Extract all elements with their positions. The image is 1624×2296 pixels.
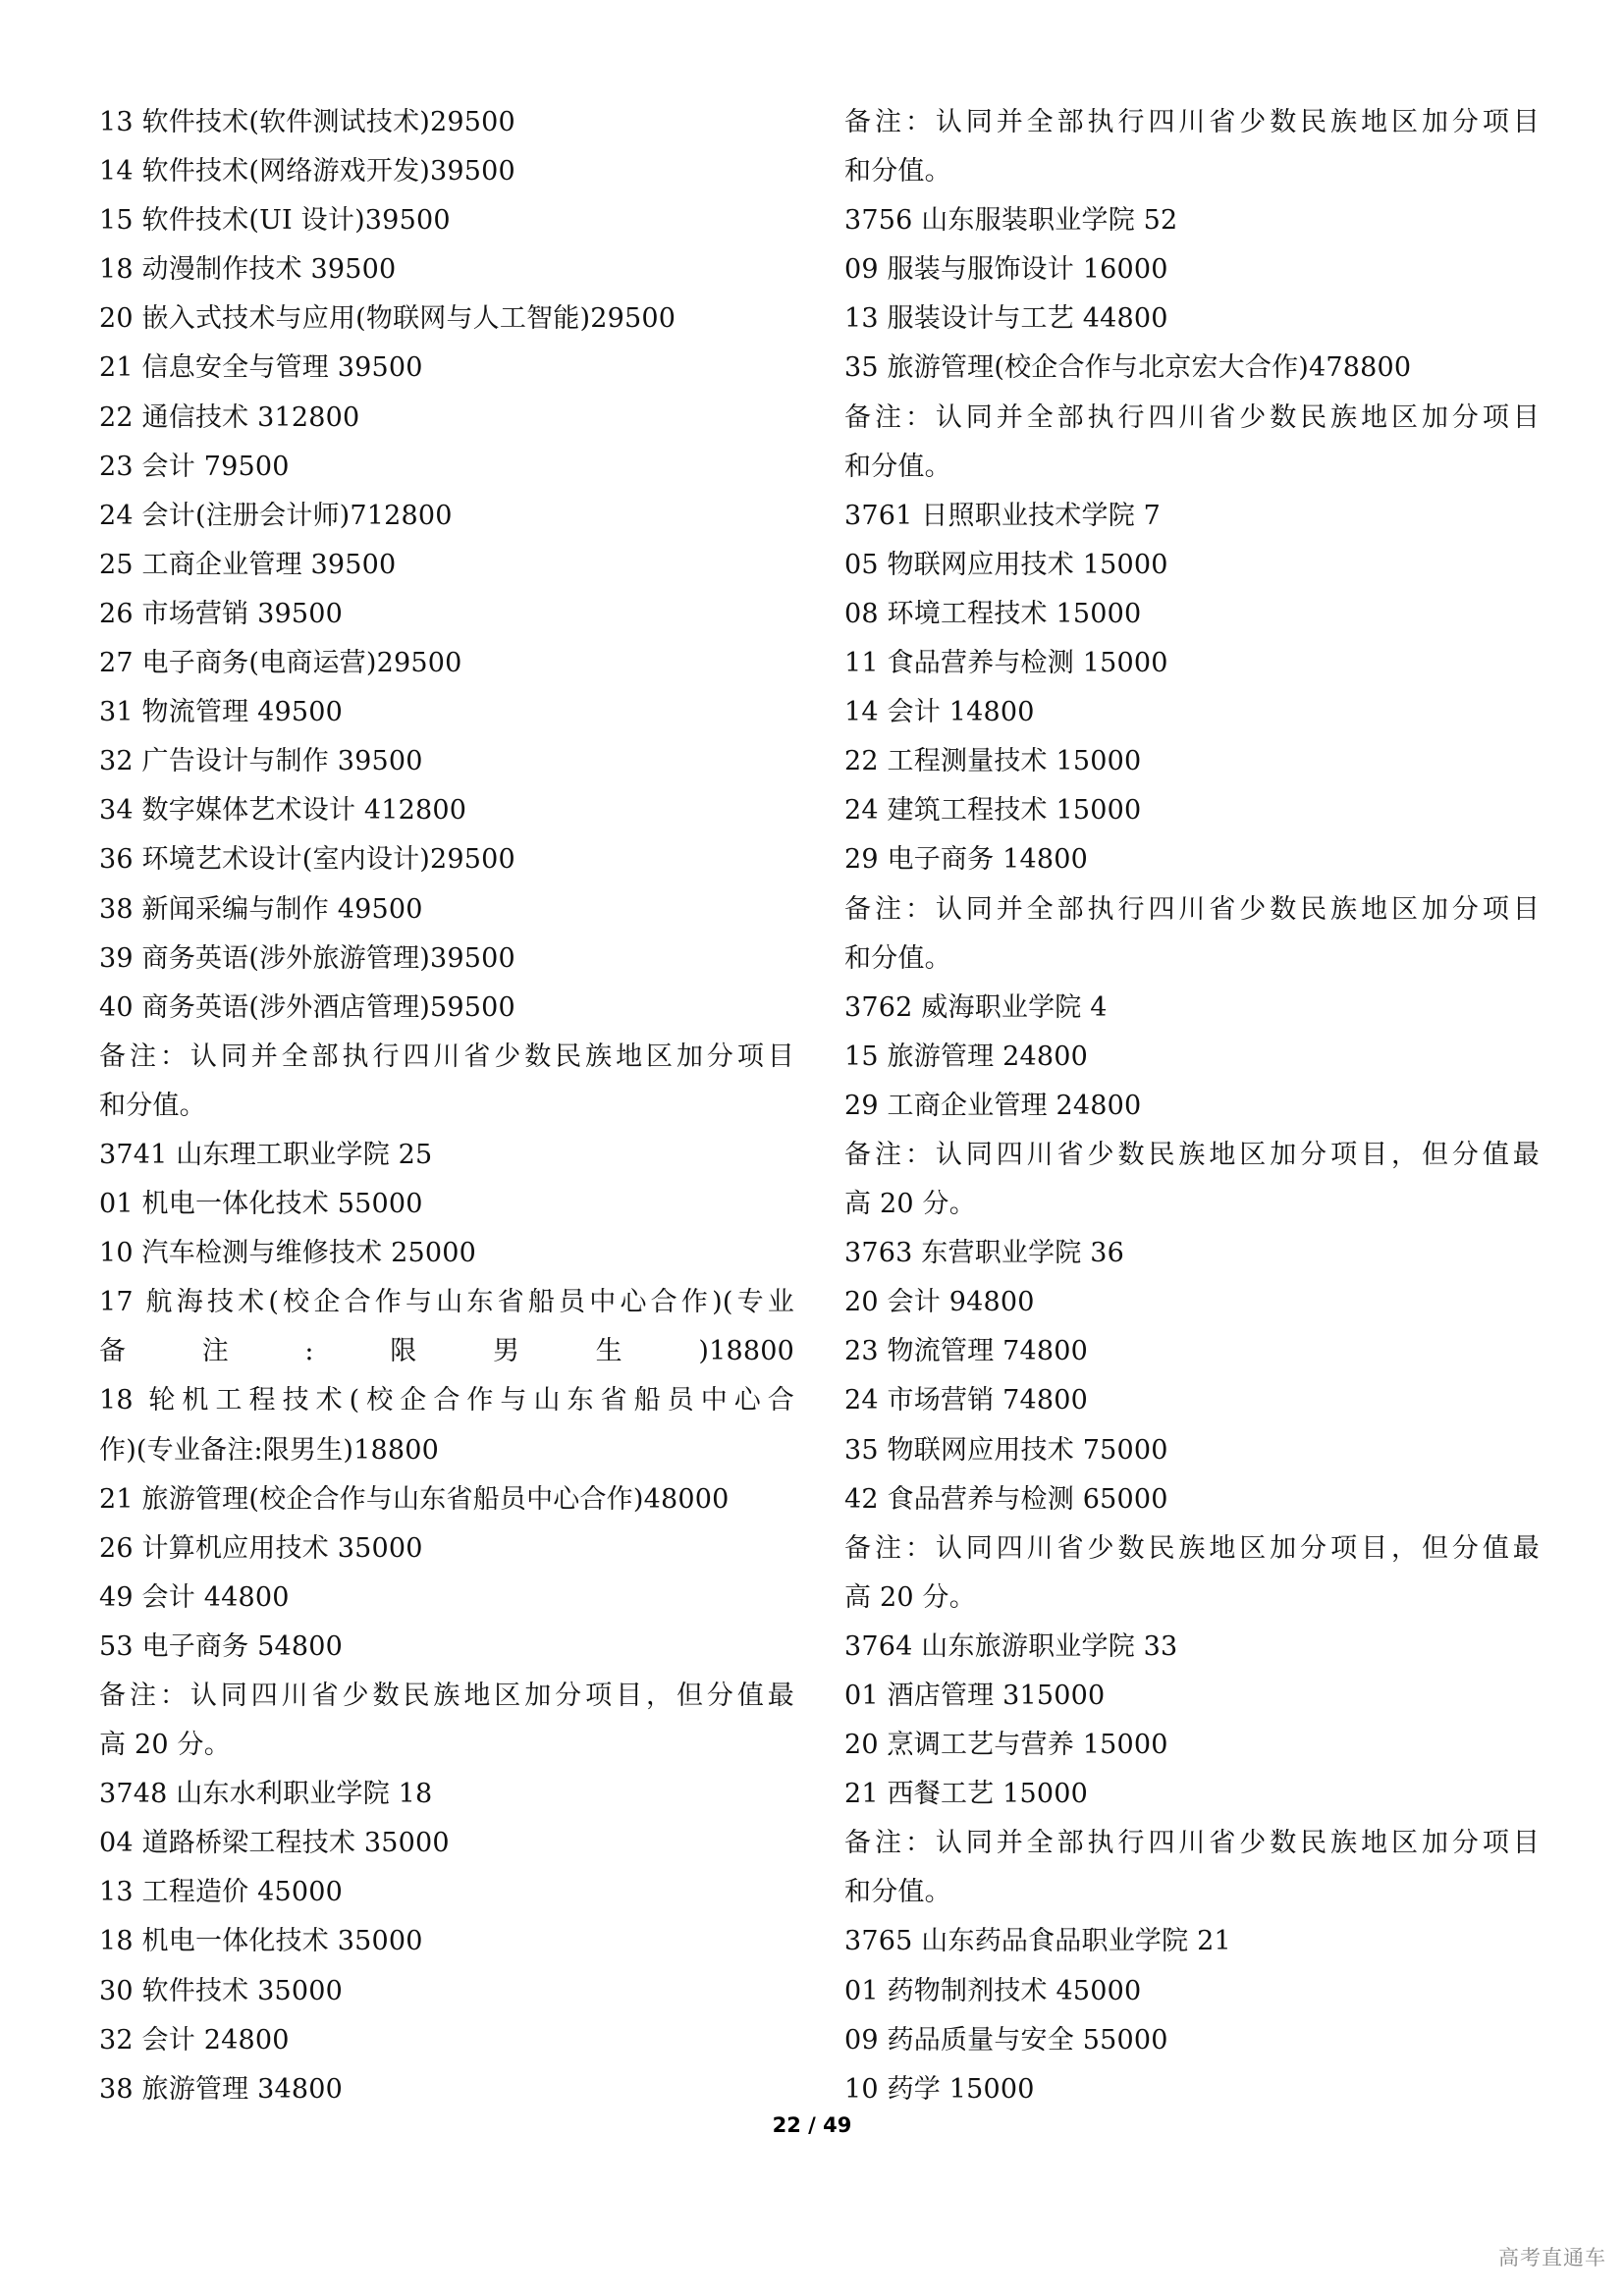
list-item: 27 电子商务(电商运营)29500 (99, 639, 806, 688)
list-item: 22 工程测量技术 15000 (844, 737, 1551, 786)
list-item: 42 食品营养与检测 65000 (844, 1475, 1551, 1524)
list-item: 高 20 分。 (844, 1180, 1551, 1229)
left-column: 13 软件技术(软件测试技术)2950014 软件技术(网络游戏开发)39500… (99, 98, 806, 2114)
note-line: 备注：认同四川省少数民族地区加分项目，但分值最 (844, 1524, 1540, 1574)
list-item: 18 动漫制作技术 39500 (99, 245, 806, 294)
school-header: 3756 山东服装职业学院 52 (844, 196, 1551, 245)
school-header: 3764 山东旅游职业学院 33 (844, 1623, 1551, 1672)
list-item: 21 旅游管理(校企合作与山东省船员中心合作)48000 (99, 1475, 806, 1524)
list-item: 21 信息安全与管理 39500 (99, 344, 806, 393)
school-header: 3761 日照职业技术学院 7 (844, 492, 1551, 541)
list-item: 10 汽车检测与维修技术 25000 (99, 1229, 806, 1278)
list-item: 14 软件技术(网络游戏开发)39500 (99, 147, 806, 196)
list-item: 18 机电一体化技术 35000 (99, 1917, 806, 1966)
list-item: 35 旅游管理(校企合作与北京宏大合作)478800 (844, 344, 1551, 393)
school-header: 3765 山东药品食品职业学院 21 (844, 1917, 1551, 1966)
list-item: 23 物流管理 74800 (844, 1327, 1551, 1376)
list-item: 21 西餐工艺 15000 (844, 1770, 1551, 1819)
list-item: 30 软件技术 35000 (99, 1967, 806, 2016)
list-item: 14 会计 14800 (844, 688, 1551, 737)
list-item: 和分值。 (844, 147, 1551, 196)
school-header: 3748 山东水利职业学院 18 (99, 1770, 806, 1819)
school-header: 3763 东营职业学院 36 (844, 1229, 1551, 1278)
list-item: 36 环境艺术设计(室内设计)29500 (99, 835, 806, 884)
list-item: 01 酒店管理 315000 (844, 1672, 1551, 1721)
list-item: 24 建筑工程技术 15000 (844, 786, 1551, 835)
list-item: 11 食品营养与检测 15000 (844, 639, 1551, 688)
note-line: 备注：认同并全部执行四川省少数民族地区加分项目 (99, 1033, 794, 1082)
note-line: 备注：认同四川省少数民族地区加分项目，但分值最 (844, 1131, 1540, 1180)
right-column: 备注：认同并全部执行四川省少数民族地区加分项目和分值。3756 山东服装职业学院… (844, 98, 1551, 2114)
list-item: 49 会计 44800 (99, 1574, 806, 1623)
list-item: 24 市场营销 74800 (844, 1376, 1551, 1425)
list-item: 20 烹调工艺与营养 15000 (844, 1721, 1551, 1770)
list-item: 53 电子商务 54800 (99, 1623, 806, 1672)
list-item: 08 环境工程技术 15000 (844, 590, 1551, 639)
list-item: 38 旅游管理 34800 (99, 2065, 806, 2114)
list-item: 和分值。 (844, 934, 1551, 984)
note-line: 备注：认同并全部执行四川省少数民族地区加分项目 (844, 394, 1540, 443)
list-item: 17 航海技术(校企合作与山东省船员中心合作)(专业 (99, 1278, 794, 1327)
list-item: 39 商务英语(涉外旅游管理)39500 (99, 934, 806, 984)
list-item: 09 药品质量与安全 55000 (844, 2016, 1551, 2065)
list-item: 26 计算机应用技术 35000 (99, 1524, 806, 1574)
list-item: 高 20 分。 (844, 1574, 1551, 1623)
list-item: 40 商务英语(涉外酒店管理)59500 (99, 984, 806, 1033)
list-item: 25 工商企业管理 39500 (99, 541, 806, 590)
list-item: 20 嵌入式技术与应用(物联网与人工智能)29500 (99, 294, 806, 344)
list-item: 高 20 分。 (99, 1721, 806, 1770)
list-item: 29 电子商务 14800 (844, 835, 1551, 884)
list-item: 32 广告设计与制作 39500 (99, 737, 806, 786)
school-header: 3741 山东理工职业学院 25 (99, 1131, 806, 1180)
list-item: 和分值。 (844, 1868, 1551, 1917)
school-header: 3762 威海职业学院 4 (844, 984, 1551, 1033)
list-item: 15 软件技术(UI 设计)39500 (99, 196, 806, 245)
list-item: 24 会计(注册会计师)712800 (99, 492, 806, 541)
list-item: 32 会计 24800 (99, 2016, 806, 2065)
note-line: 备注：认同并全部执行四川省少数民族地区加分项目 (844, 98, 1540, 147)
list-item: 作)(专业备注:限男生)18800 (99, 1426, 806, 1475)
note-line: 备注：认同并全部执行四川省少数民族地区加分项目 (844, 1819, 1540, 1868)
list-item: 23 会计 79500 (99, 443, 806, 492)
note-line: 备注：认同四川省少数民族地区加分项目，但分值最 (99, 1672, 794, 1721)
list-item: 15 旅游管理 24800 (844, 1033, 1551, 1082)
note-line: 备注:限男生)18800 (99, 1327, 794, 1376)
list-item: 22 通信技术 312800 (99, 394, 806, 443)
list-item: 20 会计 94800 (844, 1278, 1551, 1327)
list-item: 和分值。 (99, 1082, 806, 1131)
list-item: 13 软件技术(软件测试技术)29500 (99, 98, 806, 147)
list-item: 13 服装设计与工艺 44800 (844, 294, 1551, 344)
document-page: 13 软件技术(软件测试技术)2950014 软件技术(网络游戏开发)39500… (0, 0, 1624, 2296)
list-item: 34 数字媒体艺术设计 412800 (99, 786, 806, 835)
watermark: 高考直通车 (1498, 2242, 1606, 2271)
list-item: 05 物联网应用技术 15000 (844, 541, 1551, 590)
list-item: 35 物联网应用技术 75000 (844, 1426, 1551, 1475)
list-item: 26 市场营销 39500 (99, 590, 806, 639)
list-item: 04 道路桥梁工程技术 35000 (99, 1819, 806, 1868)
list-item: 18 轮机工程技术(校企合作与山东省船员中心合 (99, 1376, 794, 1425)
list-item: 和分值。 (844, 443, 1551, 492)
list-item: 13 工程造价 45000 (99, 1868, 806, 1917)
list-item: 09 服装与服饰设计 16000 (844, 245, 1551, 294)
list-item: 31 物流管理 49500 (99, 688, 806, 737)
page-number: 22 / 49 (0, 2113, 1624, 2137)
note-line: 备注：认同并全部执行四川省少数民族地区加分项目 (844, 885, 1540, 934)
list-item: 01 机电一体化技术 55000 (99, 1180, 806, 1229)
list-item: 29 工商企业管理 24800 (844, 1082, 1551, 1131)
list-item: 38 新闻采编与制作 49500 (99, 885, 806, 934)
list-item: 10 药学 15000 (844, 2065, 1551, 2114)
list-item: 01 药物制剂技术 45000 (844, 1967, 1551, 2016)
